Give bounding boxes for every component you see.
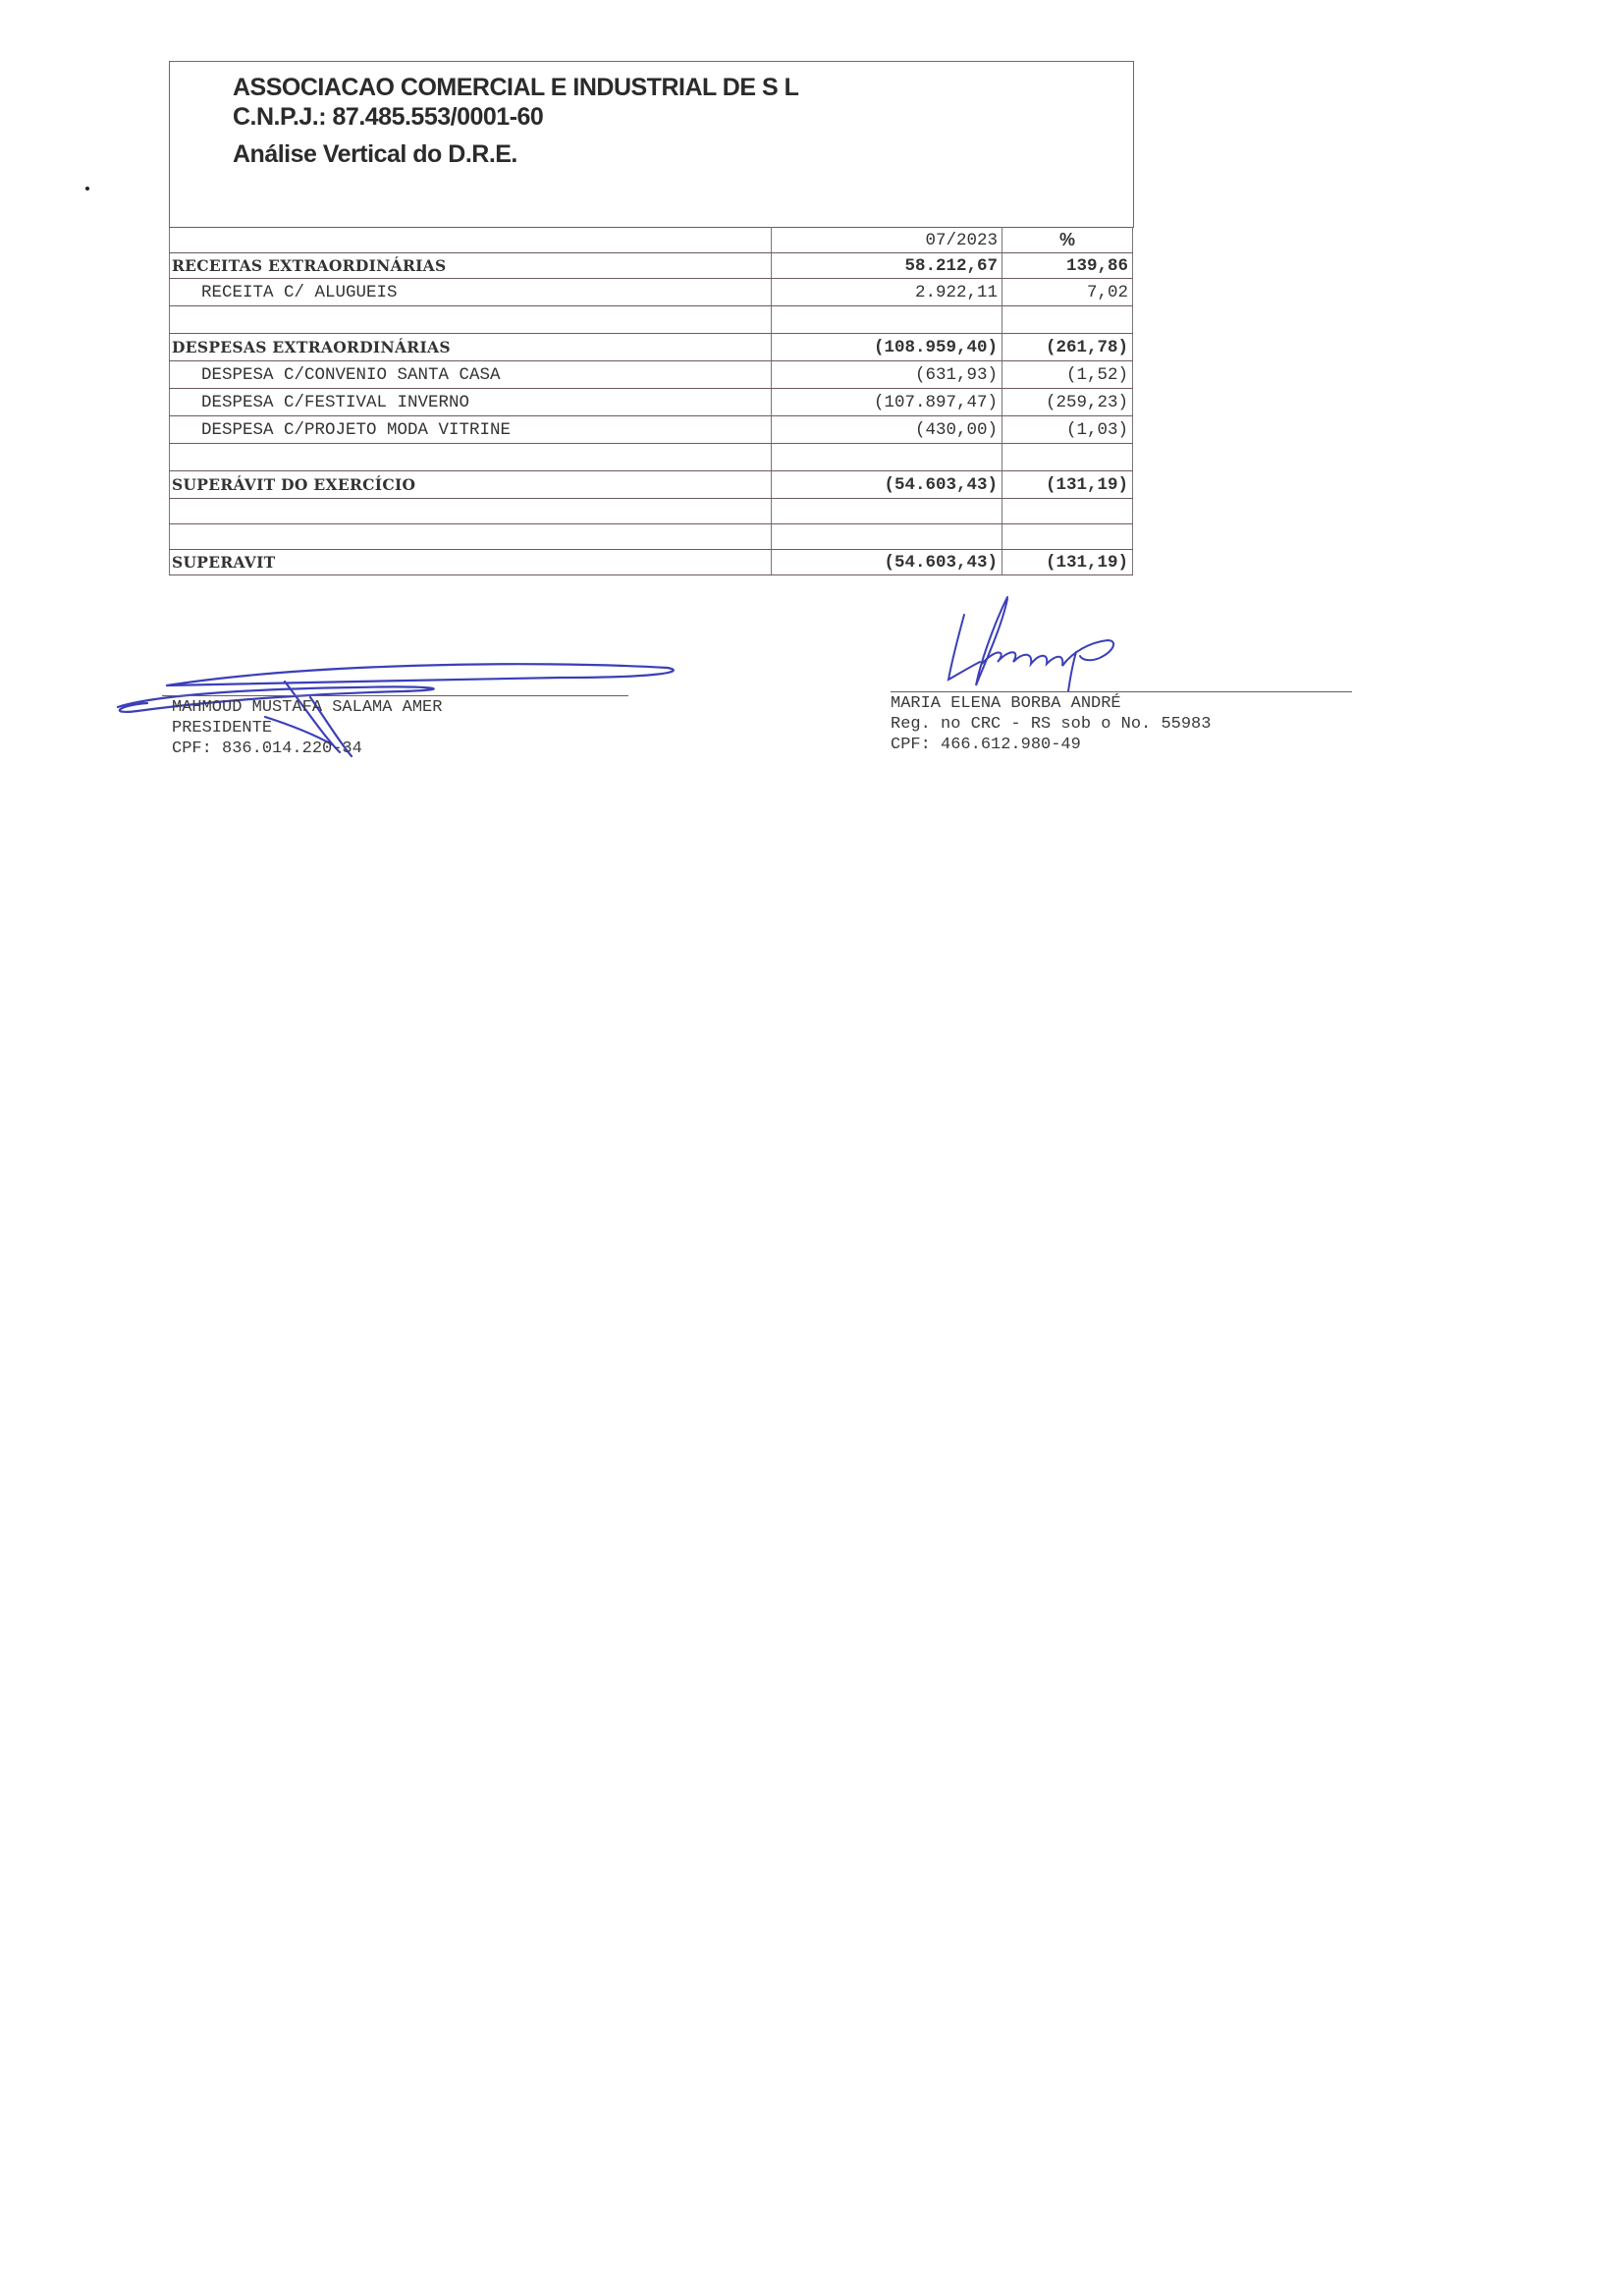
row-percent: 139,86 xyxy=(1002,253,1133,279)
row-percent xyxy=(1002,306,1133,334)
table-spacer-row xyxy=(170,499,1133,524)
table-spacer-row xyxy=(170,306,1133,334)
table-group-row: SUPERÁVIT DO EXERCÍCIO(54.603,43)(131,19… xyxy=(170,471,1133,499)
row-percent xyxy=(1002,444,1133,471)
row-value xyxy=(772,306,1002,334)
company-name: ASSOCIACAO COMERCIAL E INDUSTRIAL DE S L xyxy=(233,74,798,102)
signature-line-president xyxy=(162,695,628,696)
table-header-row: 07/2023 % xyxy=(170,228,1133,253)
table-row: DESPESA C/CONVENIO SANTA CASA(631,93)(1,… xyxy=(170,361,1133,389)
row-percent: 7,02 xyxy=(1002,279,1133,306)
column-header-label xyxy=(170,228,772,253)
row-percent xyxy=(1002,499,1133,524)
signer-registration-accountant: Reg. no CRC - RS sob o No. 55983 xyxy=(891,714,1211,735)
table-group-row: DESPESAS EXTRAORDINÁRIAS(108.959,40)(261… xyxy=(170,334,1133,361)
row-value: (54.603,43) xyxy=(772,471,1002,499)
company-cnpj: C.N.P.J.: 87.485.553/0001-60 xyxy=(233,103,543,132)
row-label: SUPERÁVIT DO EXERCÍCIO xyxy=(170,471,772,499)
signature-line-accountant xyxy=(891,691,1352,692)
row-label: DESPESA C/FESTIVAL INVERNO xyxy=(170,389,772,416)
row-value: 58.212,67 xyxy=(772,253,1002,279)
row-value: (108.959,40) xyxy=(772,334,1002,361)
row-percent: (131,19) xyxy=(1002,471,1133,499)
table-spacer-row xyxy=(170,444,1133,471)
signature-block-accountant: MARIA ELENA BORBA ANDRÉ Reg. no CRC - RS… xyxy=(891,693,1211,755)
dre-vertical-analysis-table: 07/2023 % RECEITAS EXTRAORDINÁRIAS58.212… xyxy=(169,227,1133,575)
signer-name-accountant: MARIA ELENA BORBA ANDRÉ xyxy=(891,693,1211,714)
row-value: (54.603,43) xyxy=(772,550,1002,575)
row-label: DESPESAS EXTRAORDINÁRIAS xyxy=(170,334,772,361)
column-header-period: 07/2023 xyxy=(772,228,1002,253)
row-value: (107.897,47) xyxy=(772,389,1002,416)
signer-cpf-president: CPF: 836.014.220-34 xyxy=(172,738,442,759)
report-title: Análise Vertical do D.R.E. xyxy=(233,140,517,169)
signer-cpf-accountant: CPF: 466.612.980-49 xyxy=(891,735,1211,755)
scan-speck xyxy=(85,187,89,191)
row-percent xyxy=(1002,524,1133,550)
row-percent: (259,23) xyxy=(1002,389,1133,416)
table-row: RECEITA C/ ALUGUEIS2.922,117,02 xyxy=(170,279,1133,306)
table-group-row: RECEITAS EXTRAORDINÁRIAS58.212,67139,86 xyxy=(170,253,1133,279)
row-label: DESPESA C/CONVENIO SANTA CASA xyxy=(170,361,772,389)
table-row: DESPESA C/FESTIVAL INVERNO(107.897,47)(2… xyxy=(170,389,1133,416)
row-percent: (1,03) xyxy=(1002,416,1133,444)
row-label: DESPESA C/PROJETO MODA VITRINE xyxy=(170,416,772,444)
row-label: SUPERAVIT xyxy=(170,550,772,575)
row-label xyxy=(170,524,772,550)
row-percent: (131,19) xyxy=(1002,550,1133,575)
table-group-row: SUPERAVIT(54.603,43)(131,19) xyxy=(170,550,1133,575)
row-label xyxy=(170,499,772,524)
row-value: (631,93) xyxy=(772,361,1002,389)
table-row: DESPESA C/PROJETO MODA VITRINE(430,00)(1… xyxy=(170,416,1133,444)
row-value: (430,00) xyxy=(772,416,1002,444)
signature-block-president: MAHMOUD MUSTAFA SALAMA AMER PRESIDENTE C… xyxy=(172,697,442,759)
row-value xyxy=(772,444,1002,471)
report-header: ASSOCIACAO COMERCIAL E INDUSTRIAL DE S L… xyxy=(169,61,1134,228)
signature-accountant-icon xyxy=(943,587,1149,695)
table-spacer-row xyxy=(170,524,1133,550)
column-header-percent: % xyxy=(1002,228,1133,253)
signer-name-president: MAHMOUD MUSTAFA SALAMA AMER xyxy=(172,697,442,718)
signer-role-president: PRESIDENTE xyxy=(172,718,442,738)
row-value xyxy=(772,524,1002,550)
row-value xyxy=(772,499,1002,524)
row-label xyxy=(170,306,772,334)
row-label: RECEITA C/ ALUGUEIS xyxy=(170,279,772,306)
row-percent: (261,78) xyxy=(1002,334,1133,361)
row-percent: (1,52) xyxy=(1002,361,1133,389)
row-label xyxy=(170,444,772,471)
row-value: 2.922,11 xyxy=(772,279,1002,306)
row-label: RECEITAS EXTRAORDINÁRIAS xyxy=(170,253,772,279)
